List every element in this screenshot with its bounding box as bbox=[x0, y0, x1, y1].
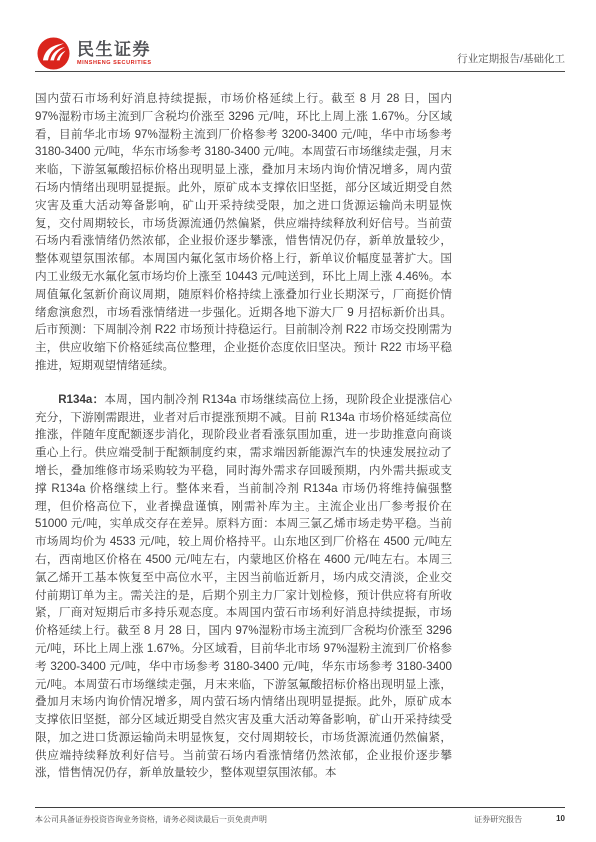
footer-divider bbox=[35, 807, 565, 808]
r134a-lead-label: R134a： bbox=[58, 393, 104, 406]
brand-name-cn: 民生证券 bbox=[77, 41, 152, 58]
paragraph-r134a: R134a：本周，国内制冷剂 R134a 市场继续高位上扬，现阶段企业提涨信心充… bbox=[35, 391, 452, 783]
footer-right-group: 证券研究报告 10 bbox=[474, 814, 565, 825]
minsheng-logo-icon bbox=[37, 37, 70, 70]
minsheng-logo: 民生证券 MINSHENG SECURITIES bbox=[37, 37, 152, 70]
footer-disclaimer: 本公司具备证券投资咨询业务资格，请务必阅读最后一页免责声明 bbox=[35, 814, 267, 825]
footer-report-label: 证券研究报告 bbox=[474, 814, 522, 825]
r134a-paragraph-text: 本周，国内制冷剂 R134a 市场继续高位上扬，现阶段企业提涨信心充分，下游刚需… bbox=[35, 393, 452, 780]
report-body: 国内萤石市场利好消息持续提振，市场价格延续上行。截至 8 月 28 日，国内 9… bbox=[35, 90, 452, 782]
brand-text: 民生证券 MINSHENG SECURITIES bbox=[77, 41, 152, 67]
report-type-label: 行业定期报告/基础化工 bbox=[457, 51, 565, 70]
page-footer: 本公司具备证券投资咨询业务资格，请务必阅读最后一页免责声明 证券研究报告 10 bbox=[35, 814, 565, 825]
page-header: 民生证券 MINSHENG SECURITIES 行业定期报告/基础化工 bbox=[37, 34, 565, 70]
brand-name-en: MINSHENG SECURITIES bbox=[77, 61, 152, 67]
report-page: 民生证券 MINSHENG SECURITIES 行业定期报告/基础化工 国内萤… bbox=[0, 0, 596, 842]
header-divider bbox=[35, 71, 565, 72]
page-number: 10 bbox=[556, 814, 565, 823]
paragraph-fluorite-market: 国内萤石市场利好消息持续提振，市场价格延续上行。截至 8 月 28 日，国内 9… bbox=[35, 90, 452, 375]
